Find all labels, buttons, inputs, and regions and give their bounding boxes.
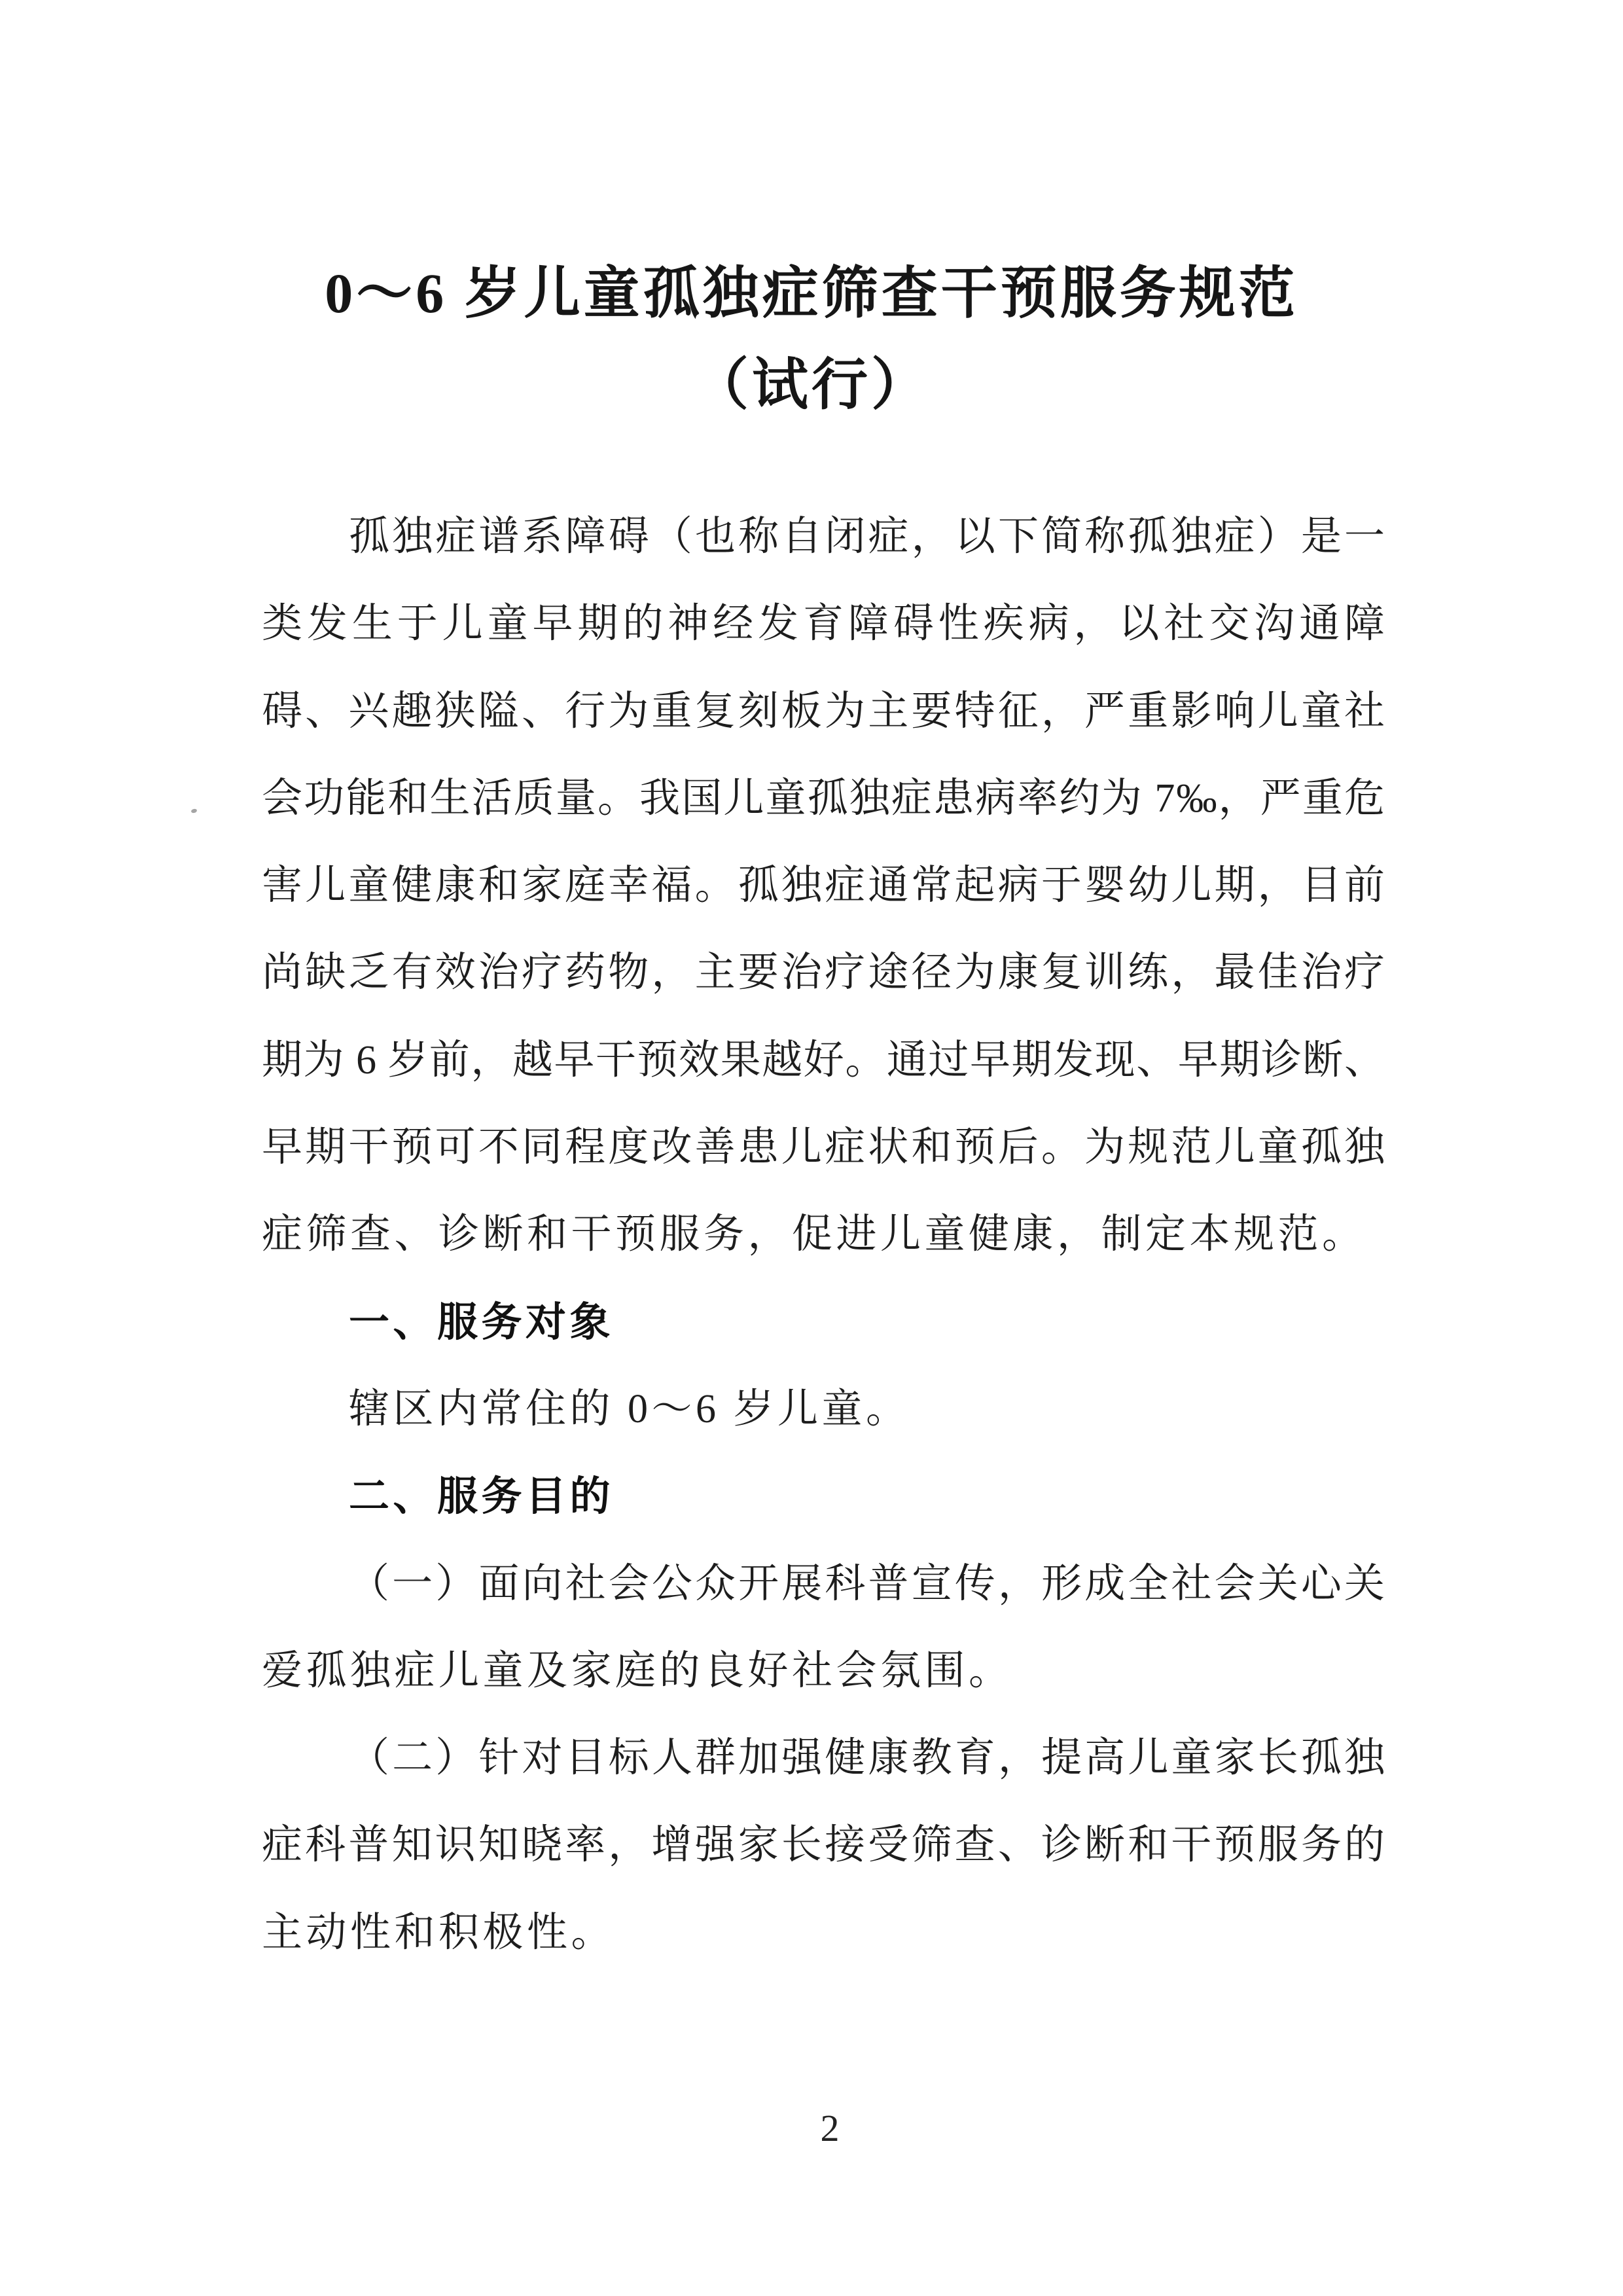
text-line: 爱孤独症儿童及家庭的良好社会氛围。: [262, 1628, 1385, 1715]
text-line: 孤独症谱系障碍（也称自闭症，以下简称孤独症）是一: [262, 493, 1385, 581]
section-heading: 二、服务目的: [262, 1453, 1385, 1540]
document-page: 0～6 岁儿童孤独症筛查干预服务规范 （试行） 孤独症谱系障碍（也称自闭症，以下…: [0, 0, 1623, 2296]
page-number: 2: [0, 2102, 1623, 2155]
text-line: （二）针对目标人群加强健康教育，提高儿童家长孤独: [262, 1715, 1385, 1802]
text-line: 尚缺乏有效治疗药物，主要治疗途径为康复训练，最佳治疗: [262, 929, 1385, 1016]
text-line: 症科普知识知晓率，增强家长接受筛查、诊断和干预服务的: [262, 1802, 1385, 1889]
text-line: （一）面向社会公众开展科普宣传，形成全社会关心关: [262, 1541, 1385, 1628]
text-line: 辖区内常住的 0～6 岁儿童。: [262, 1366, 1385, 1453]
scan-artifact-dot: [190, 808, 197, 814]
text-line: 主动性和积极性。: [262, 1890, 1385, 1977]
text-line: 害儿童健康和家庭幸福。孤独症通常起病于婴幼儿期，目前: [262, 842, 1385, 929]
text-line: 症筛查、诊断和干预服务，促进儿童健康，制定本规范。: [262, 1191, 1385, 1278]
document-title-line-1: 0～6 岁儿童孤独症筛查干预服务规范: [0, 247, 1623, 339]
text-line: 碍、兴趣狭隘、行为重复刻板为主要特征，严重影响儿童社: [262, 668, 1385, 755]
text-line: 早期干预可不同程度改善患儿症状和预后。为规范儿童孤独: [262, 1104, 1385, 1191]
document-title: 0～6 岁儿童孤独症筛查干预服务规范 （试行）: [0, 247, 1623, 431]
section-heading: 一、服务对象: [262, 1279, 1385, 1366]
document-body: 孤独症谱系障碍（也称自闭症，以下简称孤独症）是一类发生于儿童早期的神经发育障碍性…: [262, 493, 1385, 1977]
document-title-line-2: （试行）: [0, 339, 1623, 431]
text-line: 期为 6 岁前，越早干预效果越好。通过早期发现、早期诊断、: [262, 1017, 1385, 1104]
text-line: 类发生于儿童早期的神经发育障碍性疾病，以社交沟通障: [262, 581, 1385, 668]
text-line: 会功能和生活质量。我国儿童孤独症患病率约为 7‰，严重危: [262, 755, 1385, 842]
